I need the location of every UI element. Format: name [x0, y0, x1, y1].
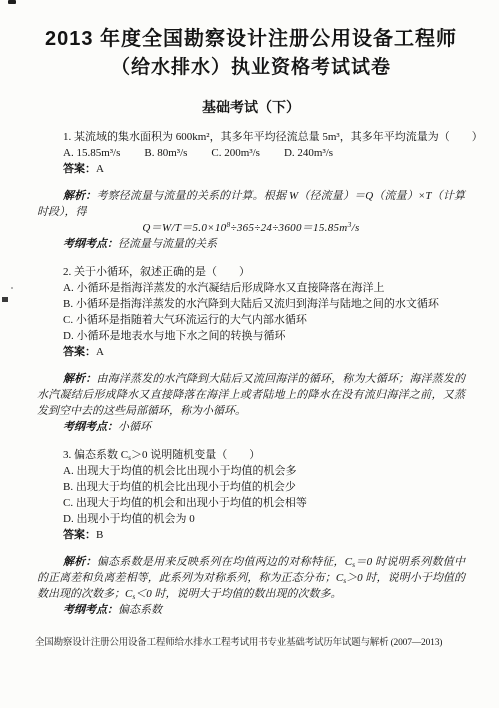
question-1-option-b: B. 80m³/s — [144, 145, 187, 161]
scan-artifact — [2, 297, 8, 302]
answer-value: B — [96, 529, 103, 541]
question-1-option-d: D. 240m³/s — [284, 145, 333, 161]
exam-subtitle: 基础考试（下） — [37, 97, 465, 117]
keypoint-label: 考纲考点： — [63, 238, 118, 250]
question-2-analysis: 解析：由海洋蒸发的水汽降到大陆后又流回海洋的循环，称为大循环；海洋蒸发的水汽凝结… — [37, 371, 465, 419]
question-3: 3. 偏态系数 Cs＞0 说明随机变量（ ） A. 出现大于均值的机会比出现小于… — [37, 447, 465, 618]
question-1-option-c: C. 200m³/s — [211, 145, 260, 161]
question-2-option-a: A. 小循环是指海洋蒸发的水汽凝结后形成降水又直接降落在海洋上 — [37, 280, 465, 296]
question-3-stem: 3. 偏态系数 Cs＞0 说明随机变量（ ） — [37, 447, 465, 463]
question-3-option-b: B. 出现大于均值的机会比出现小于均值的机会少 — [37, 479, 465, 495]
question-2-option-c: C. 小循环是指随着大气环流运行的大气内部水循环 — [37, 312, 465, 328]
question-1-option-a: A. 15.85m³/s — [63, 145, 120, 161]
book-footer: 全国勘察设计注册公用设备工程师给水排水工程考试用书专业基础考试历年试题与解析 (… — [35, 634, 442, 648]
exam-title-line2-paren: （给水排水） — [111, 57, 231, 78]
question-1: 1. 某流域的集水面积为 600km²，其多年平均径流总量 5m³，其多年平均流… — [37, 129, 465, 252]
question-1-keypoint: 考纲考点：径流量与流量的关系 — [37, 236, 465, 252]
question-2-answer: 答案：A — [37, 344, 465, 360]
answer-value: A — [96, 163, 104, 175]
scan-artifact — [11, 287, 13, 289]
question-1-stem: 1. 某流域的集水面积为 600km²，其多年平均径流总量 5m³，其多年平均流… — [37, 129, 465, 145]
question-3-answer: 答案：B — [37, 527, 465, 543]
formula-text: ÷365÷24÷3600＝15.85m — [231, 222, 348, 234]
question-2-stem: 2. 关于小循环，叙述正确的是（ ） — [37, 264, 465, 280]
exam-title-line2-main: 执业资格考试试卷 — [231, 57, 391, 78]
answer-value: A — [96, 346, 104, 358]
question-3-keypoint: 考纲考点：偏态系数 — [37, 602, 465, 618]
analysis-text: 偏态系数是用来反映系列在均值两边的对称特征，C — [97, 556, 352, 568]
answer-label: 答案： — [63, 163, 96, 175]
formula-text: Q＝W/T＝5.0×10 — [142, 222, 226, 234]
question-2-option-d: D. 小循环是地表水与地下水之间的转换与循环 — [37, 328, 465, 344]
question-3-option-c: C. 出现大于均值的机会和出现小于均值的机会相等 — [37, 495, 465, 511]
question-1-analysis: 解析：考察径流量与流量的关系的计算。根据 W（径流量）＝Q（流量）×T（计算时段… — [37, 188, 465, 220]
analysis-label: 解析： — [63, 190, 96, 202]
keypoint-text: 小循环 — [118, 421, 151, 433]
analysis-text: ＜0 时，说明大于均值的数出现的次数多。 — [135, 588, 341, 600]
keypoint-label: 考纲考点： — [63, 604, 118, 616]
scan-artifact — [251, 36, 254, 39]
analysis-label: 解析： — [63, 373, 97, 385]
keypoint-text: 偏态系数 — [118, 604, 162, 616]
analysis-text: 考察径流量与流量的关系的计算。根据 W（径流量）＝Q（流量）×T（计算时段），得 — [37, 190, 465, 218]
question-1-options: A. 15.85m³/s B. 80m³/s C. 200m³/s D. 240… — [37, 145, 465, 161]
keypoint-label: 考纲考点： — [63, 421, 118, 433]
scanned-exam-page: 2013 年度全国勘察设计注册公用设备工程师 （给水排水）执业资格考试试卷 基础… — [0, 0, 499, 708]
analysis-label: 解析： — [63, 556, 97, 568]
analysis-text: 由海洋蒸发的水汽降到大陆后又流回海洋的循环，称为大循环；海洋蒸发的水汽凝结后形成… — [37, 373, 465, 417]
question-2-keypoint: 考纲考点：小循环 — [37, 419, 465, 435]
exam-title: 2013 年度全国勘察设计注册公用设备工程师 （给水排水）执业资格考试试卷 — [37, 25, 465, 82]
stem-text: 3. 偏态系数 C — [63, 449, 128, 461]
exam-title-line1: 2013 年度全国勘察设计注册公用设备工程师 — [45, 28, 457, 50]
keypoint-text: 径流量与流量的关系 — [118, 238, 217, 250]
question-2-option-b: B. 小循环是指海洋蒸发的水汽降到大陆后又流归到海洋与陆地之间的水文循环 — [37, 296, 465, 312]
answer-label: 答案： — [63, 529, 96, 541]
answer-label: 答案： — [63, 346, 96, 358]
question-3-option-a: A. 出现大于均值的机会比出现小于均值的机会多 — [37, 463, 465, 479]
page-content: 2013 年度全国勘察设计注册公用设备工程师 （给水排水）执业资格考试试卷 基础… — [37, 25, 465, 618]
stem-text: ＞0 说明随机变量（ ） — [131, 449, 260, 461]
question-2: 2. 关于小循环，叙述正确的是（ ） A. 小循环是指海洋蒸发的水汽凝结后形成降… — [37, 264, 465, 435]
question-3-analysis: 解析：偏态系数是用来反映系列在均值两边的对称特征，Cs＝0 时说明系列数值中的正… — [37, 554, 465, 602]
question-1-answer: 答案：A — [37, 161, 465, 177]
formula-text: /s — [352, 222, 360, 234]
question-3-option-d: D. 出现小于均值的机会为 0 — [37, 511, 465, 527]
question-1-formula: Q＝W/T＝5.0×108÷365÷24÷3600＝15.85m3/s — [37, 220, 465, 236]
scan-artifact — [8, 0, 16, 4]
